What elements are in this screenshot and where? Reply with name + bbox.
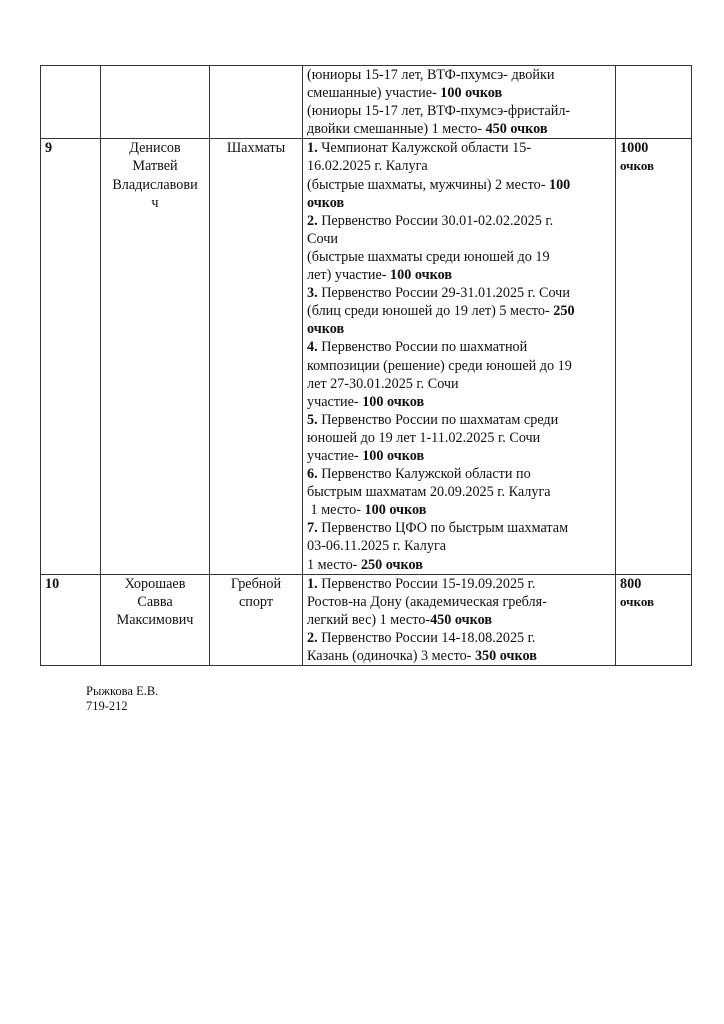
achievement-line: быстрым шахматам 20.09.2025 г. Калуга xyxy=(307,483,611,501)
footer-author: Рыжкова Е.В. xyxy=(86,684,158,699)
achievement-text: 1 место- xyxy=(307,557,361,573)
achievement-line: 3. Первенство России 29-31.01.2025 г. Со… xyxy=(307,284,611,302)
achievement-line: 16.02.2025 г. Калуга xyxy=(307,157,611,175)
achievements-cell: 1. Чемпионат Калужской области 15-16.02.… xyxy=(303,139,616,574)
achievement-line: (быстрые шахматы среди юношей до 19 xyxy=(307,248,611,266)
achievement-emphasis: 450 очков xyxy=(486,121,548,137)
achievement-text: Казань (одиночка) 3 место- xyxy=(307,648,475,664)
achievement-line: (юниоры 15-17 лет, ВТФ-пхумсэ-фристайл- xyxy=(307,102,611,120)
achievement-emphasis: 250 xyxy=(553,303,574,319)
achievement-line: (юниоры 15-17 лет, ВТФ-пхумсэ- двойки xyxy=(307,66,611,84)
achievement-line: лет) участие- 100 очков xyxy=(307,266,611,284)
achievement-text: композиции (решение) среди юношей до 19 xyxy=(307,358,572,374)
table-row: 9ДенисовМатвейВладиславовичШахматы1. Чем… xyxy=(41,139,692,574)
sport-name-line: Шахматы xyxy=(214,139,298,157)
achievement-text: (блиц среди юношей до 19 лет) 5 место- xyxy=(307,303,553,319)
achievement-text: Первенство России 14-18.08.2025 г. xyxy=(318,630,536,646)
achievement-line: Ростов-на Дону (академическая гребля- xyxy=(307,593,611,611)
achievement-text: двойки смешанные) 1 место- xyxy=(307,121,486,137)
achievement-line: 2. Первенство России 14-18.08.2025 г. xyxy=(307,629,611,647)
table-row: (юниоры 15-17 лет, ВТФ-пхумсэ- двойкисме… xyxy=(41,66,692,139)
footer-phone: 719-212 xyxy=(86,699,158,714)
achievement-emphasis: 7. xyxy=(307,520,318,536)
achievement-emphasis: 350 очков xyxy=(475,648,537,664)
sport-name-line: Гребной xyxy=(214,575,298,593)
athlete-name-line: Максимович xyxy=(105,611,205,629)
achievement-text: Сочи xyxy=(307,231,338,247)
achievement-emphasis: 3. xyxy=(307,285,318,301)
athlete-name-line: Денисов xyxy=(105,139,205,157)
table-row: 10ХорошаевСавваМаксимовичГребнойспорт1. … xyxy=(41,574,692,665)
achievement-text: юношей до 19 лет 1-11.02.2025 г. Сочи xyxy=(307,430,540,446)
achievement-text: Первенство России по шахматам среди xyxy=(318,412,559,428)
achievement-text: легкий вес) 1 место- xyxy=(307,612,430,628)
achievement-line: очков xyxy=(307,320,611,338)
achievement-text: 03-06.11.2025 г. Калуга xyxy=(307,538,446,554)
total-points-cell xyxy=(616,66,692,139)
achievement-text: Чемпионат Калужской области 15- xyxy=(318,140,531,156)
achievement-line: 1. Чемпионат Калужской области 15- xyxy=(307,139,611,157)
achievement-line: (быстрые шахматы, мужчины) 2 место- 100 xyxy=(307,176,611,194)
achievement-line: 4. Первенство России по шахматной xyxy=(307,338,611,356)
achievement-line: 1. Первенство России 15-19.09.2025 г. xyxy=(307,575,611,593)
achievement-text: быстрым шахматам 20.09.2025 г. Калуга xyxy=(307,484,551,500)
achievement-emphasis: 450 очков xyxy=(430,612,492,628)
achievement-emphasis: 100 xyxy=(549,177,570,193)
row-number-cell xyxy=(41,66,101,139)
athlete-name-cell: ДенисовМатвейВладиславович xyxy=(101,139,210,574)
achievement-emphasis: 6. xyxy=(307,466,318,482)
achievement-text: (юниоры 15-17 лет, ВТФ-пхумсэ- двойки xyxy=(307,67,554,83)
achievement-text: Первенство России по шахматной xyxy=(318,339,528,355)
achievement-emphasis: 100 очков xyxy=(390,267,452,283)
achievement-emphasis: 4. xyxy=(307,339,318,355)
results-table: (юниоры 15-17 лет, ВТФ-пхумсэ- двойкисме… xyxy=(40,65,692,666)
athlete-name-line: Савва xyxy=(105,593,205,611)
achievement-emphasis: 250 очков xyxy=(361,557,423,573)
achievement-text: лет) участие- xyxy=(307,267,390,283)
achievement-line: 7. Первенство ЦФО по быстрым шахматам xyxy=(307,519,611,537)
achievement-emphasis: очков xyxy=(307,195,344,211)
achievement-emphasis: 100 очков xyxy=(362,448,424,464)
achievement-text: Ростов-на Дону (академическая гребля- xyxy=(307,594,547,610)
achievement-text: Первенство Калужской области по xyxy=(318,466,531,482)
total-points-cell: 800очков xyxy=(616,574,692,665)
achievement-emphasis: 100 очков xyxy=(365,502,427,518)
achievement-line: очков xyxy=(307,194,611,212)
achievement-text: Первенство ЦФО по быстрым шахматам xyxy=(318,520,568,536)
achievement-line: 1 место- 100 очков xyxy=(307,501,611,519)
athlete-name-line: Владиславови xyxy=(105,176,205,194)
achievement-text: Первенство России 29-31.01.2025 г. Сочи xyxy=(318,285,570,301)
results-table-body: (юниоры 15-17 лет, ВТФ-пхумсэ- двойкисме… xyxy=(41,66,692,666)
athlete-name-line: ч xyxy=(105,194,205,212)
achievement-emphasis: 1. xyxy=(307,140,318,156)
achievement-text: 16.02.2025 г. Калуга xyxy=(307,158,428,174)
achievement-line: 1 место- 250 очков xyxy=(307,556,611,574)
achievement-text: 1 место- xyxy=(307,502,365,518)
total-points-value: 800 xyxy=(620,575,687,593)
achievement-emphasis: 2. xyxy=(307,630,318,646)
achievement-line: двойки смешанные) 1 место- 450 очков xyxy=(307,120,611,138)
achievement-emphasis: 100 очков xyxy=(440,85,502,101)
row-number: 10 xyxy=(45,576,59,592)
achievement-emphasis: 1. xyxy=(307,576,318,592)
total-points-unit: очков xyxy=(620,157,687,175)
achievement-line: легкий вес) 1 место-450 очков xyxy=(307,611,611,629)
achievement-emphasis: 5. xyxy=(307,412,318,428)
achievement-line: композиции (решение) среди юношей до 19 xyxy=(307,357,611,375)
row-number-cell: 9 xyxy=(41,139,101,574)
achievement-emphasis: очков xyxy=(307,321,344,337)
achievement-line: юношей до 19 лет 1-11.02.2025 г. Сочи xyxy=(307,429,611,447)
achievements-cell: 1. Первенство России 15-19.09.2025 г.Рос… xyxy=(303,574,616,665)
achievement-text: Первенство России 30.01-02.02.2025 г. xyxy=(318,213,554,229)
achievement-line: Казань (одиночка) 3 место- 350 очков xyxy=(307,647,611,665)
achievement-text: (быстрые шахматы среди юношей до 19 xyxy=(307,249,550,265)
achievement-line: 2. Первенство России 30.01-02.02.2025 г. xyxy=(307,212,611,230)
achievements-cell: (юниоры 15-17 лет, ВТФ-пхумсэ- двойкисме… xyxy=(303,66,616,139)
achievement-text: (быстрые шахматы, мужчины) 2 место- xyxy=(307,177,549,193)
sport-cell xyxy=(210,66,303,139)
footer-contact: Рыжкова Е.В. 719-212 xyxy=(86,684,158,714)
achievement-emphasis: 2. xyxy=(307,213,318,229)
athlete-name-line: Хорошаев xyxy=(105,575,205,593)
achievement-line: участие- 100 очков xyxy=(307,447,611,465)
achievement-line: 6. Первенство Калужской области по xyxy=(307,465,611,483)
achievement-text: участие- xyxy=(307,448,362,464)
achievement-text: лет 27-30.01.2025 г. Сочи xyxy=(307,376,459,392)
total-points-value: 1000 xyxy=(620,139,687,157)
athlete-name-cell: ХорошаевСавваМаксимович xyxy=(101,574,210,665)
row-number-cell: 10 xyxy=(41,574,101,665)
achievement-text: участие- xyxy=(307,394,362,410)
achievement-text: (юниоры 15-17 лет, ВТФ-пхумсэ-фристайл- xyxy=(307,103,570,119)
achievement-text: Первенство России 15-19.09.2025 г. xyxy=(318,576,536,592)
achievement-line: лет 27-30.01.2025 г. Сочи xyxy=(307,375,611,393)
total-points-unit: очков xyxy=(620,593,687,611)
sport-cell: Шахматы xyxy=(210,139,303,574)
total-points-cell: 1000очков xyxy=(616,139,692,574)
achievement-line: участие- 100 очков xyxy=(307,393,611,411)
achievement-text: смешанные) участие- xyxy=(307,85,440,101)
document-page: (юниоры 15-17 лет, ВТФ-пхумсэ- двойкисме… xyxy=(0,0,724,1024)
achievement-line: смешанные) участие- 100 очков xyxy=(307,84,611,102)
achievement-line: 03-06.11.2025 г. Калуга xyxy=(307,537,611,555)
achievement-line: (блиц среди юношей до 19 лет) 5 место- 2… xyxy=(307,302,611,320)
sport-name-line: спорт xyxy=(214,593,298,611)
achievement-emphasis: 100 очков xyxy=(362,394,424,410)
sport-cell: Гребнойспорт xyxy=(210,574,303,665)
achievement-line: 5. Первенство России по шахматам среди xyxy=(307,411,611,429)
achievement-line: Сочи xyxy=(307,230,611,248)
athlete-name-cell xyxy=(101,66,210,139)
row-number: 9 xyxy=(45,140,52,156)
athlete-name-line: Матвей xyxy=(105,157,205,175)
